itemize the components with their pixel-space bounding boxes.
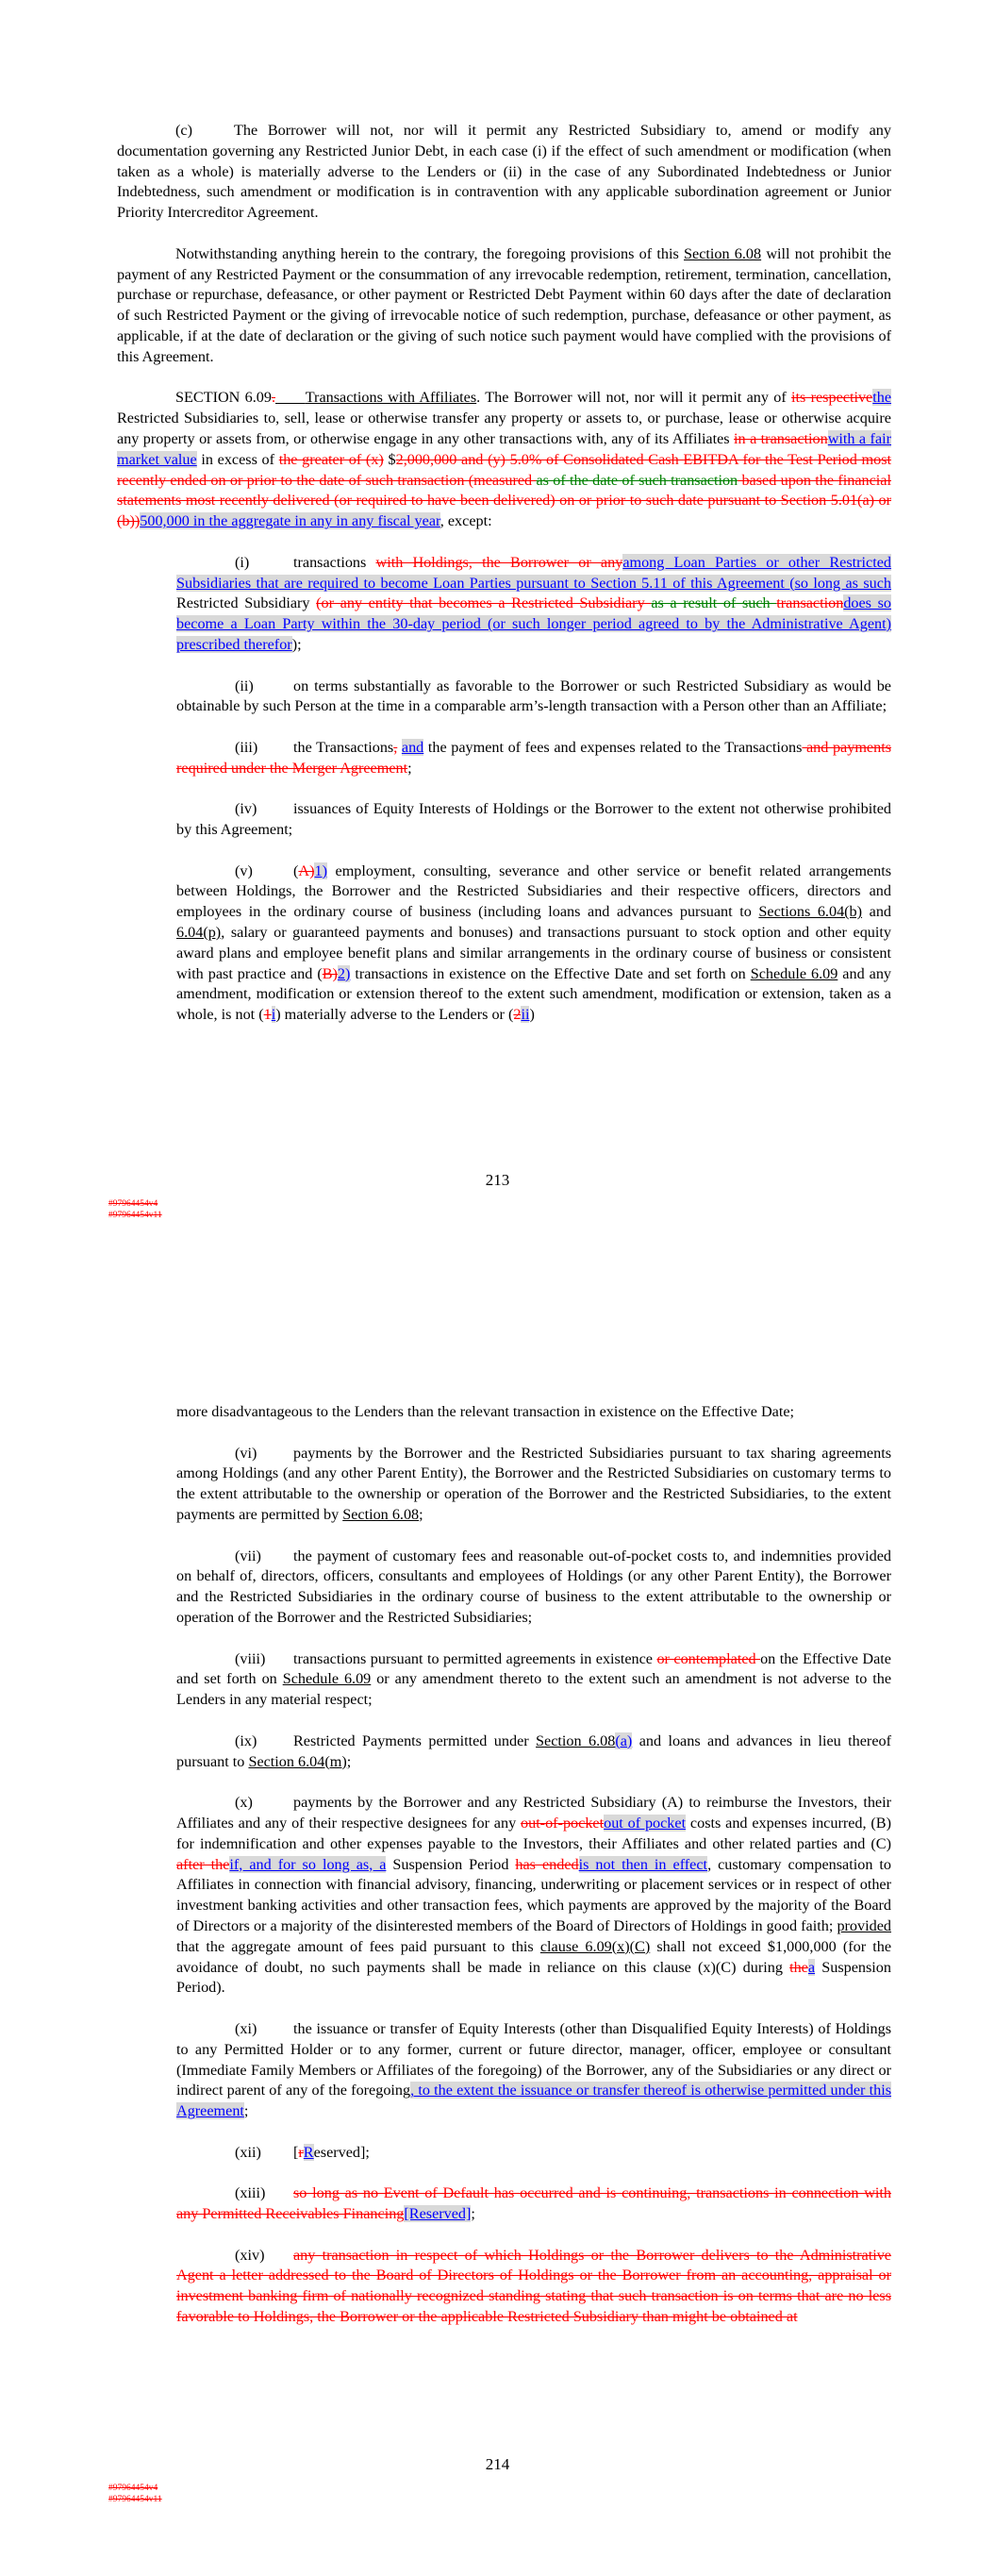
deletion: or contemplated bbox=[656, 1650, 760, 1667]
page-number: 214 bbox=[0, 2455, 995, 2474]
section-reference: Section 6.08 bbox=[342, 1506, 419, 1523]
clause-label: (viii) bbox=[235, 1649, 293, 1670]
section-reference: Section 6.08 bbox=[684, 245, 761, 262]
insertion: 1) bbox=[314, 862, 326, 879]
deletion: the bbox=[789, 1959, 808, 1976]
moved-deletion: as a result of such bbox=[651, 594, 776, 611]
clause-ii: (ii)on terms substantially as favorable … bbox=[117, 677, 891, 718]
clause-label: (xiii) bbox=[235, 2183, 293, 2204]
page-number: 213 bbox=[0, 1171, 995, 1190]
insertion: out of pocket bbox=[604, 1815, 686, 1832]
clause-label: (vii) bbox=[235, 1547, 293, 1567]
deletion: B) bbox=[323, 965, 338, 982]
section-reference: Section 6.04(m) bbox=[248, 1753, 346, 1770]
clause-xiv: (xiv)any transaction in respect of which… bbox=[117, 2246, 891, 2328]
section-title: Transactions with Affiliates bbox=[275, 389, 476, 406]
deletion: has ended bbox=[515, 1856, 578, 1873]
clause-viii: (viii)transactions pursuant to permitted… bbox=[117, 1649, 891, 1711]
page-214: more disadvantageous to the Lenders than… bbox=[0, 1255, 995, 2576]
clause-ix: (ix)Restricted Payments permitted under … bbox=[117, 1731, 891, 1773]
deletion: (or any entity that becomes a Restricted… bbox=[316, 594, 651, 611]
clause-x: (x)payments by the Borrower and any Rest… bbox=[117, 1793, 891, 1999]
clause-v-continued: more disadvantageous to the Lenders than… bbox=[117, 1402, 891, 1423]
deletion: r bbox=[298, 2144, 303, 2161]
insertion: R bbox=[304, 2144, 314, 2161]
insertion: and bbox=[402, 739, 423, 756]
insertion: the bbox=[872, 389, 891, 406]
clause-label: (xii) bbox=[235, 2143, 293, 2164]
deletion: with Holdings, the Borrower or any bbox=[376, 554, 623, 571]
clause-label: (xiv) bbox=[235, 2246, 293, 2267]
page-body: more disadvantageous to the Lenders than… bbox=[117, 1402, 891, 2349]
insertion: 500,000 in the aggregate in any in any f… bbox=[140, 512, 440, 529]
clause-vi: (vi)payments by the Borrower and the Res… bbox=[117, 1444, 891, 1526]
insertion: a bbox=[808, 1959, 815, 1976]
insertion: (a) bbox=[615, 1732, 632, 1749]
clause-xi: (xi)the issuance or transfer of Equity I… bbox=[117, 2019, 891, 2122]
clause-xii: (xii)[rReserved]; bbox=[117, 2143, 891, 2164]
clause-label: (iii) bbox=[235, 738, 293, 759]
clause-i: (i)transactions with Holdings, the Borro… bbox=[117, 553, 891, 656]
clause-vii: (vii)the payment of customary fees and r… bbox=[117, 1547, 891, 1629]
insertion: 2) bbox=[338, 965, 350, 982]
deletion: out-of-pocket bbox=[521, 1815, 604, 1832]
deletion: A) bbox=[298, 862, 314, 879]
clause-label: (c) bbox=[175, 121, 234, 142]
paragraph-notwithstanding: Notwithstanding anything herein to the c… bbox=[117, 244, 891, 368]
paragraph-c: (c)The Borrower will not, nor will it pe… bbox=[117, 121, 891, 224]
insertion: [Reserved] bbox=[404, 2205, 471, 2222]
defined-term: provided bbox=[837, 1917, 891, 1934]
clause-label: (v) bbox=[235, 861, 293, 882]
page-body: (c)The Borrower will not, nor will it pe… bbox=[117, 121, 891, 1046]
section-reference: Sections 6.04(b) bbox=[758, 903, 862, 920]
schedule-reference: Schedule 6.09 bbox=[283, 1670, 372, 1687]
document-id-footer: #97964454v4 #97964454v11 bbox=[108, 1198, 162, 1221]
clause-label: (x) bbox=[235, 1793, 293, 1814]
section-reference: 6.04(p) bbox=[176, 924, 221, 941]
deletion: its respective bbox=[791, 389, 872, 406]
deletion: in a transaction bbox=[734, 430, 828, 447]
clause-label: (vi) bbox=[235, 1444, 293, 1464]
clause-label: (iv) bbox=[235, 799, 293, 820]
clause-reference: clause 6.09(x)(C) bbox=[540, 1938, 650, 1955]
deletion: the greater of (x) bbox=[279, 451, 384, 468]
clause-v: (v)(A)1) employment, consulting, severan… bbox=[117, 861, 891, 1026]
moved-deletion: as of the date of such transaction bbox=[536, 472, 738, 489]
clause-label: (ii) bbox=[235, 677, 293, 697]
insertion: if, and for so long as, a bbox=[229, 1856, 386, 1873]
schedule-reference: Schedule 6.09 bbox=[751, 965, 838, 982]
section-6-09: SECTION 6.09. Transactions with Affiliat… bbox=[117, 388, 891, 532]
deletion: after the bbox=[176, 1856, 229, 1873]
page-213: (c)The Borrower will not, nor will it pe… bbox=[0, 0, 995, 1255]
section-label: SECTION 6.09 bbox=[175, 389, 272, 406]
clause-label: (ix) bbox=[235, 1731, 293, 1752]
clause-xiii: (xiii)so long as no Event of Default has… bbox=[117, 2183, 891, 2225]
clause-label: (i) bbox=[235, 553, 293, 574]
section-reference: Section 6.08 bbox=[536, 1732, 615, 1749]
clause-iii: (iii)the Transactions, and the payment o… bbox=[117, 738, 891, 779]
insertion: is not then in effect bbox=[579, 1856, 707, 1873]
document-id-footer: #97964454v4 #97964454v11 bbox=[108, 2483, 162, 2505]
deletion: transaction bbox=[776, 594, 843, 611]
deletion: 1 bbox=[264, 1006, 272, 1023]
clause-label: (xi) bbox=[235, 2019, 293, 2040]
clause-iv: (iv)issuances of Equity Interests of Hol… bbox=[117, 799, 891, 841]
